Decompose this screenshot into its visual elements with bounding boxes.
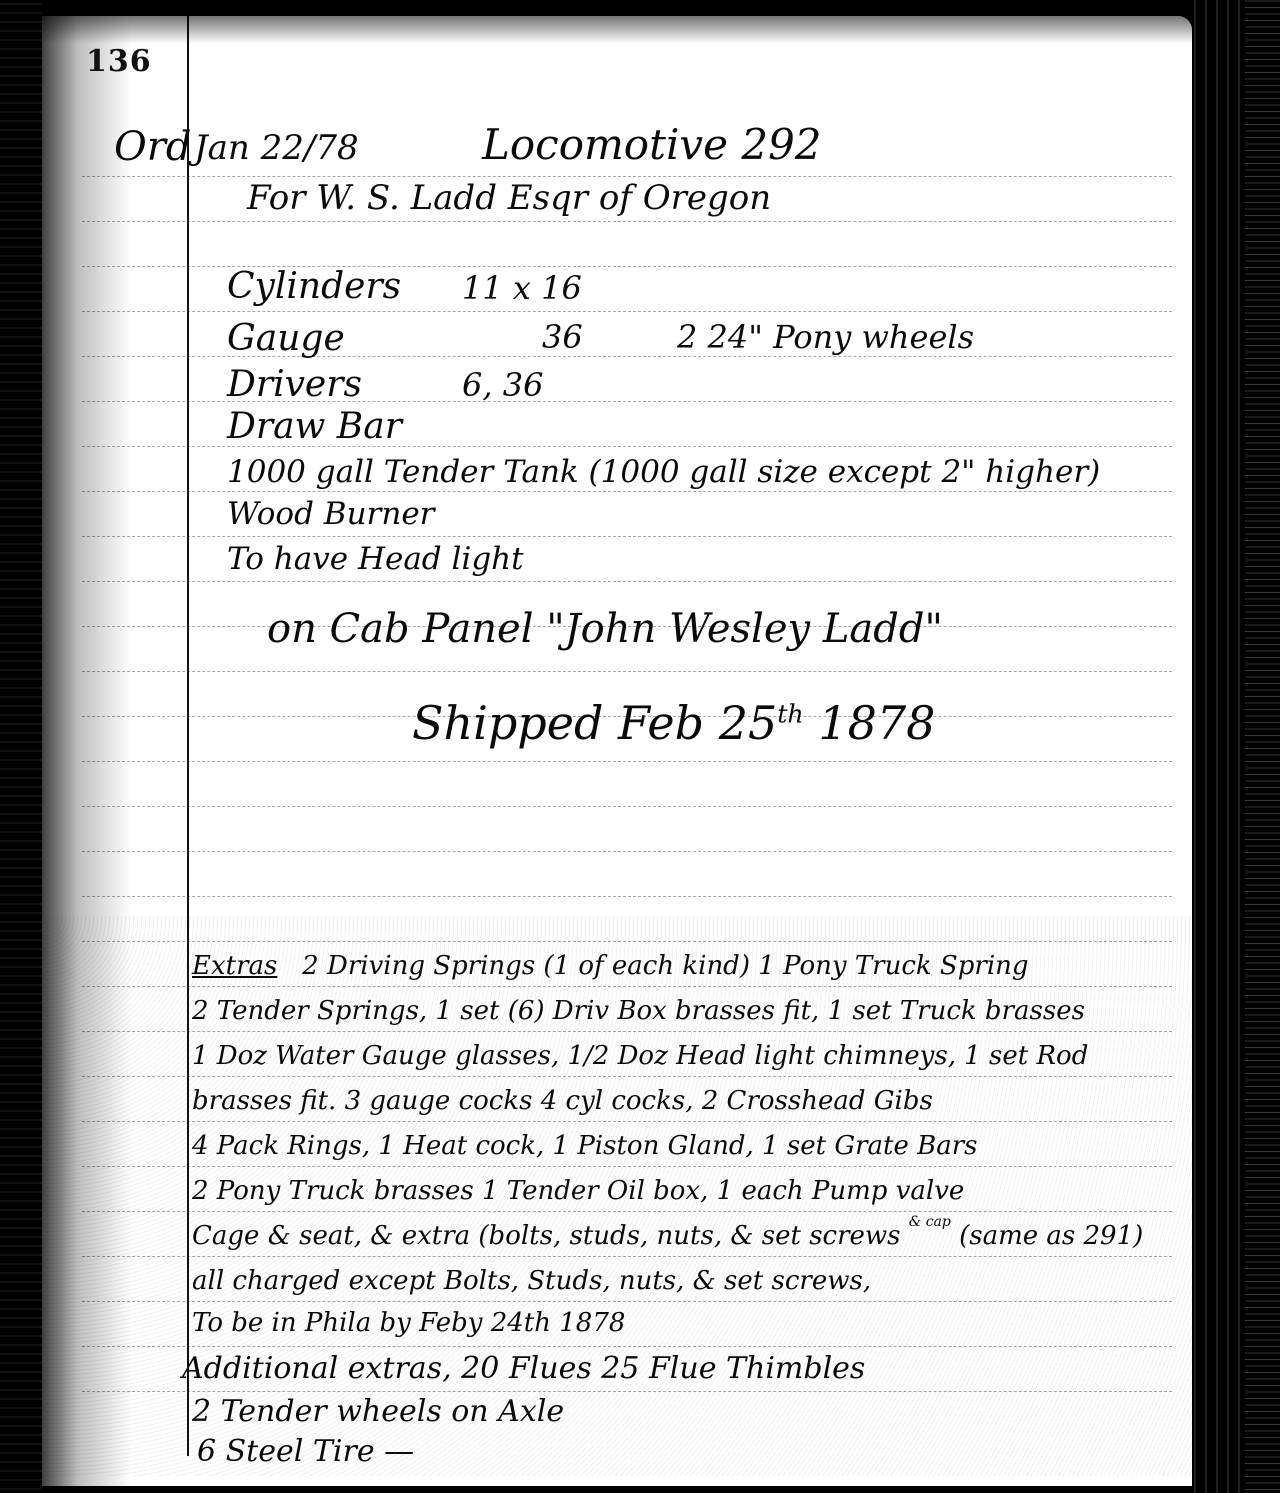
ruled-line xyxy=(82,1391,1172,1392)
extras-line-7: Cage & seat, & extra (bolts, studs, nuts… xyxy=(192,1221,1143,1251)
spec-label-drivers: Drivers xyxy=(227,364,362,405)
shipped-text: Shipped Feb 25 xyxy=(412,696,777,750)
margin-rule xyxy=(187,16,189,1456)
shipped-line: Shipped Feb 25th 1878 xyxy=(412,696,935,750)
ruled-line xyxy=(82,1121,1172,1122)
head-light-line: To have Head light xyxy=(227,541,524,577)
right-page-edge xyxy=(1190,0,1280,1493)
ruled-line xyxy=(82,1301,1172,1302)
extras-line-4: brasses fit. 3 gauge cocks 4 cyl cocks, … xyxy=(192,1086,933,1116)
ruled-line xyxy=(82,941,1172,942)
spec-label-gauge: Gauge xyxy=(227,318,345,359)
wood-burner-line: Wood Burner xyxy=(227,496,434,532)
ruled-line xyxy=(82,536,1172,537)
tender-tank-line: 1000 gall Tender Tank (1000 gall size ex… xyxy=(227,454,1100,490)
ruled-line xyxy=(82,851,1172,852)
ruled-line xyxy=(82,491,1172,492)
ruled-line xyxy=(82,896,1172,897)
extras-line-2: 2 Tender Springs, 1 set (6) Driv Box bra… xyxy=(192,996,1085,1026)
order-date: Jan 22/78 xyxy=(194,128,359,168)
shipped-ordinal: th xyxy=(777,700,803,729)
extras-line-8: all charged except Bolts, Studs, nuts, &… xyxy=(192,1266,871,1296)
page-number: 136 xyxy=(86,44,152,79)
extras-line-5: 4 Pack Rings, 1 Heat cock, 1 Piston Glan… xyxy=(192,1131,978,1161)
ruled-line xyxy=(82,986,1172,987)
left-binding-shadow xyxy=(0,0,42,1493)
tender-wheels-line: 2 Tender wheels on Axle xyxy=(192,1394,564,1429)
customer-line: For W. S. Ladd Esqr of Oregon xyxy=(247,178,771,218)
ruled-line xyxy=(82,1346,1172,1347)
ruled-line xyxy=(82,581,1172,582)
spec-note-pony-wheels: 2 24" Pony wheels xyxy=(677,318,974,356)
spec-value-cylinders: 11 x 16 xyxy=(462,269,582,307)
additional-extras-line: Additional extras, 20 Flues 25 Flue Thim… xyxy=(182,1351,865,1386)
steel-tire-line: 6 Steel Tire — xyxy=(197,1434,414,1469)
ruled-line xyxy=(82,176,1172,177)
extras-line-3: 1 Doz Water Gauge glasses, 1/2 Doz Head … xyxy=(192,1041,1088,1071)
extras-label: Extras xyxy=(192,951,277,981)
extras-line-9: To be in Phila by Feby 24th 1878 xyxy=(192,1308,625,1338)
ruled-line xyxy=(82,1256,1172,1257)
ruled-line xyxy=(82,1166,1172,1167)
margin-ordered-label: Ord xyxy=(114,124,192,170)
ruled-line xyxy=(82,221,1172,222)
ruled-line xyxy=(82,806,1172,807)
spec-label-draw-bar: Draw Bar xyxy=(227,406,402,447)
caret-insert-note: & cap xyxy=(909,1214,951,1230)
extras-line-1: Extras 2 Driving Springs (1 of each kind… xyxy=(192,951,1029,981)
extras-line-6: 2 Pony Truck brasses 1 Tender Oil box, 1… xyxy=(192,1176,964,1206)
extras-text: Cage & seat, & extra (bolts, studs, nuts… xyxy=(192,1221,901,1251)
ruled-line xyxy=(82,311,1172,312)
ruled-line xyxy=(82,1031,1172,1032)
spec-label-cylinders: Cylinders xyxy=(227,266,401,307)
shipped-year: 1878 xyxy=(818,696,935,750)
extras-text: 2 Driving Springs (1 of each kind) 1 Pon… xyxy=(302,951,1028,981)
ruled-line xyxy=(82,1076,1172,1077)
ruled-line xyxy=(82,671,1172,672)
ruled-line xyxy=(82,761,1172,762)
spec-value-drivers: 6, 36 xyxy=(462,366,543,404)
locomotive-title: Locomotive 292 xyxy=(482,120,822,169)
ruled-line xyxy=(82,1211,1172,1212)
cab-panel-line: on Cab Panel "John Wesley Ladd" xyxy=(267,606,943,652)
spec-value-gauge: 36 xyxy=(542,318,583,356)
same-as-note: (same as 291) xyxy=(959,1221,1143,1251)
ledger-page: 136 Ord Jan 22/78 Locomotive 292 For W. … xyxy=(42,16,1192,1486)
